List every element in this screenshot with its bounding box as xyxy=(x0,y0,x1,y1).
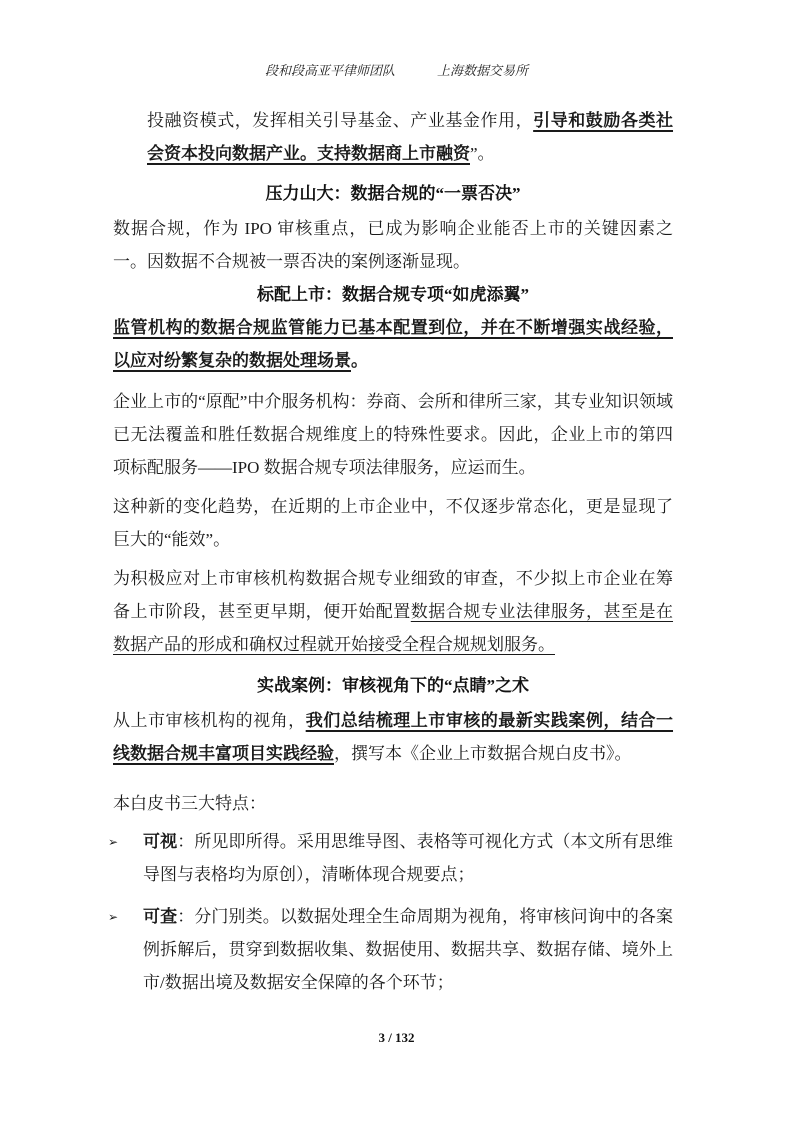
paragraph-run: 投融资模式，发挥相关引导基金、产业基金作用， xyxy=(147,111,533,130)
paragraph-ipo-key-factor: 数据合规，作为 IPO 审核重点，已成为影响企业能否上市的关键因素之一。因数据不… xyxy=(113,212,673,278)
header-org-name: 上海数据交易所 xyxy=(437,63,528,78)
paragraph-intro-quote: 投融资模式，发挥相关引导基金、产业基金作用，引导和鼓励各类社会资本投向数据产业。… xyxy=(147,104,673,170)
paragraph-proactive-response: 为积极应对上市审核机构数据合规专业细致的审查，不少拟上市企业在筹备上市阶段，甚至… xyxy=(113,562,673,661)
arrow-bullet-icon: ➢ xyxy=(108,901,118,934)
bullet-separator: ： xyxy=(177,907,194,926)
section-heading-veto: 压力山大：数据合规的“一票否决” xyxy=(113,177,673,210)
page-header: 段和段高亚平律师团队上海数据交易所 xyxy=(0,62,793,79)
paragraph-intermediaries: 企业上市的“原配”中介服务机构：券商、会所和律所三家，其专业知识领域已无法覆盖和… xyxy=(113,385,673,484)
paragraph-run-bold-underline: 监管机构的数据合规监管能力已基本配置到位，并在不断增强实战经验，以应对纷繁复杂的… xyxy=(113,318,673,370)
bullet-item-searchable: ➢可查：分门别类。以数据处理全生命周期为视角，将审核问询中的各案例拆解后，贯穿到… xyxy=(113,900,673,999)
bullet-text: 所见即所得。采用思维导图、表格等可视化方式（本文所有思维导图与表格均为原创），清… xyxy=(143,832,673,884)
paragraph-whitepaper-origin: 从上市审核机构的视角，我们总结梳理上市审核的最新实践案例，结合一线数据合规丰富项… xyxy=(113,704,673,770)
page-body: 投融资模式，发挥相关引导基金、产业基金作用，引导和鼓励各类社会资本投向数据产业。… xyxy=(113,96,673,999)
section-heading-standard-listing: 标配上市：数据合规专项“如虎添翼” xyxy=(113,278,673,311)
bullet-separator: ： xyxy=(177,832,194,851)
bullet-text: 分门别类。以数据处理全生命周期为视角，将审核问询中的各案例拆解后，贯穿到数据收集… xyxy=(143,907,673,992)
paragraph-new-trend: 这种新的变化趋势，在近期的上市企业中，不仅逐步常态化，更是显现了巨大的“能效”。 xyxy=(113,490,673,556)
paragraph-run: 。 xyxy=(351,351,368,370)
paragraph-three-features-lead: 本白皮书三大特点： xyxy=(113,787,673,820)
paragraph-regulator-capability: 监管机构的数据合规监管能力已基本配置到位，并在不断增强实战经验，以应对纷繁复杂的… xyxy=(113,311,673,377)
bullet-term: 可视 xyxy=(143,832,177,851)
arrow-bullet-icon: ➢ xyxy=(108,826,118,859)
section-heading-case-studies: 实战案例：审核视角下的“点睛”之术 xyxy=(113,669,673,702)
page-number: 3 / 132 xyxy=(0,1029,793,1047)
paragraph-run: ，撰写本《企业上市数据合规白皮书》。 xyxy=(334,744,632,763)
bullet-term: 可查 xyxy=(143,907,177,926)
paragraph-run: 从上市审核机构的视角， xyxy=(113,711,306,730)
header-team-name: 段和段高亚平律师团队 xyxy=(265,63,395,78)
document-page: 段和段高亚平律师团队上海数据交易所 投融资模式，发挥相关引导基金、产业基金作用，… xyxy=(0,0,793,1122)
paragraph-run: ”。 xyxy=(470,144,495,163)
bullet-item-visual: ➢可视：所见即所得。采用思维导图、表格等可视化方式（本文所有思维导图与表格均为原… xyxy=(113,825,673,891)
